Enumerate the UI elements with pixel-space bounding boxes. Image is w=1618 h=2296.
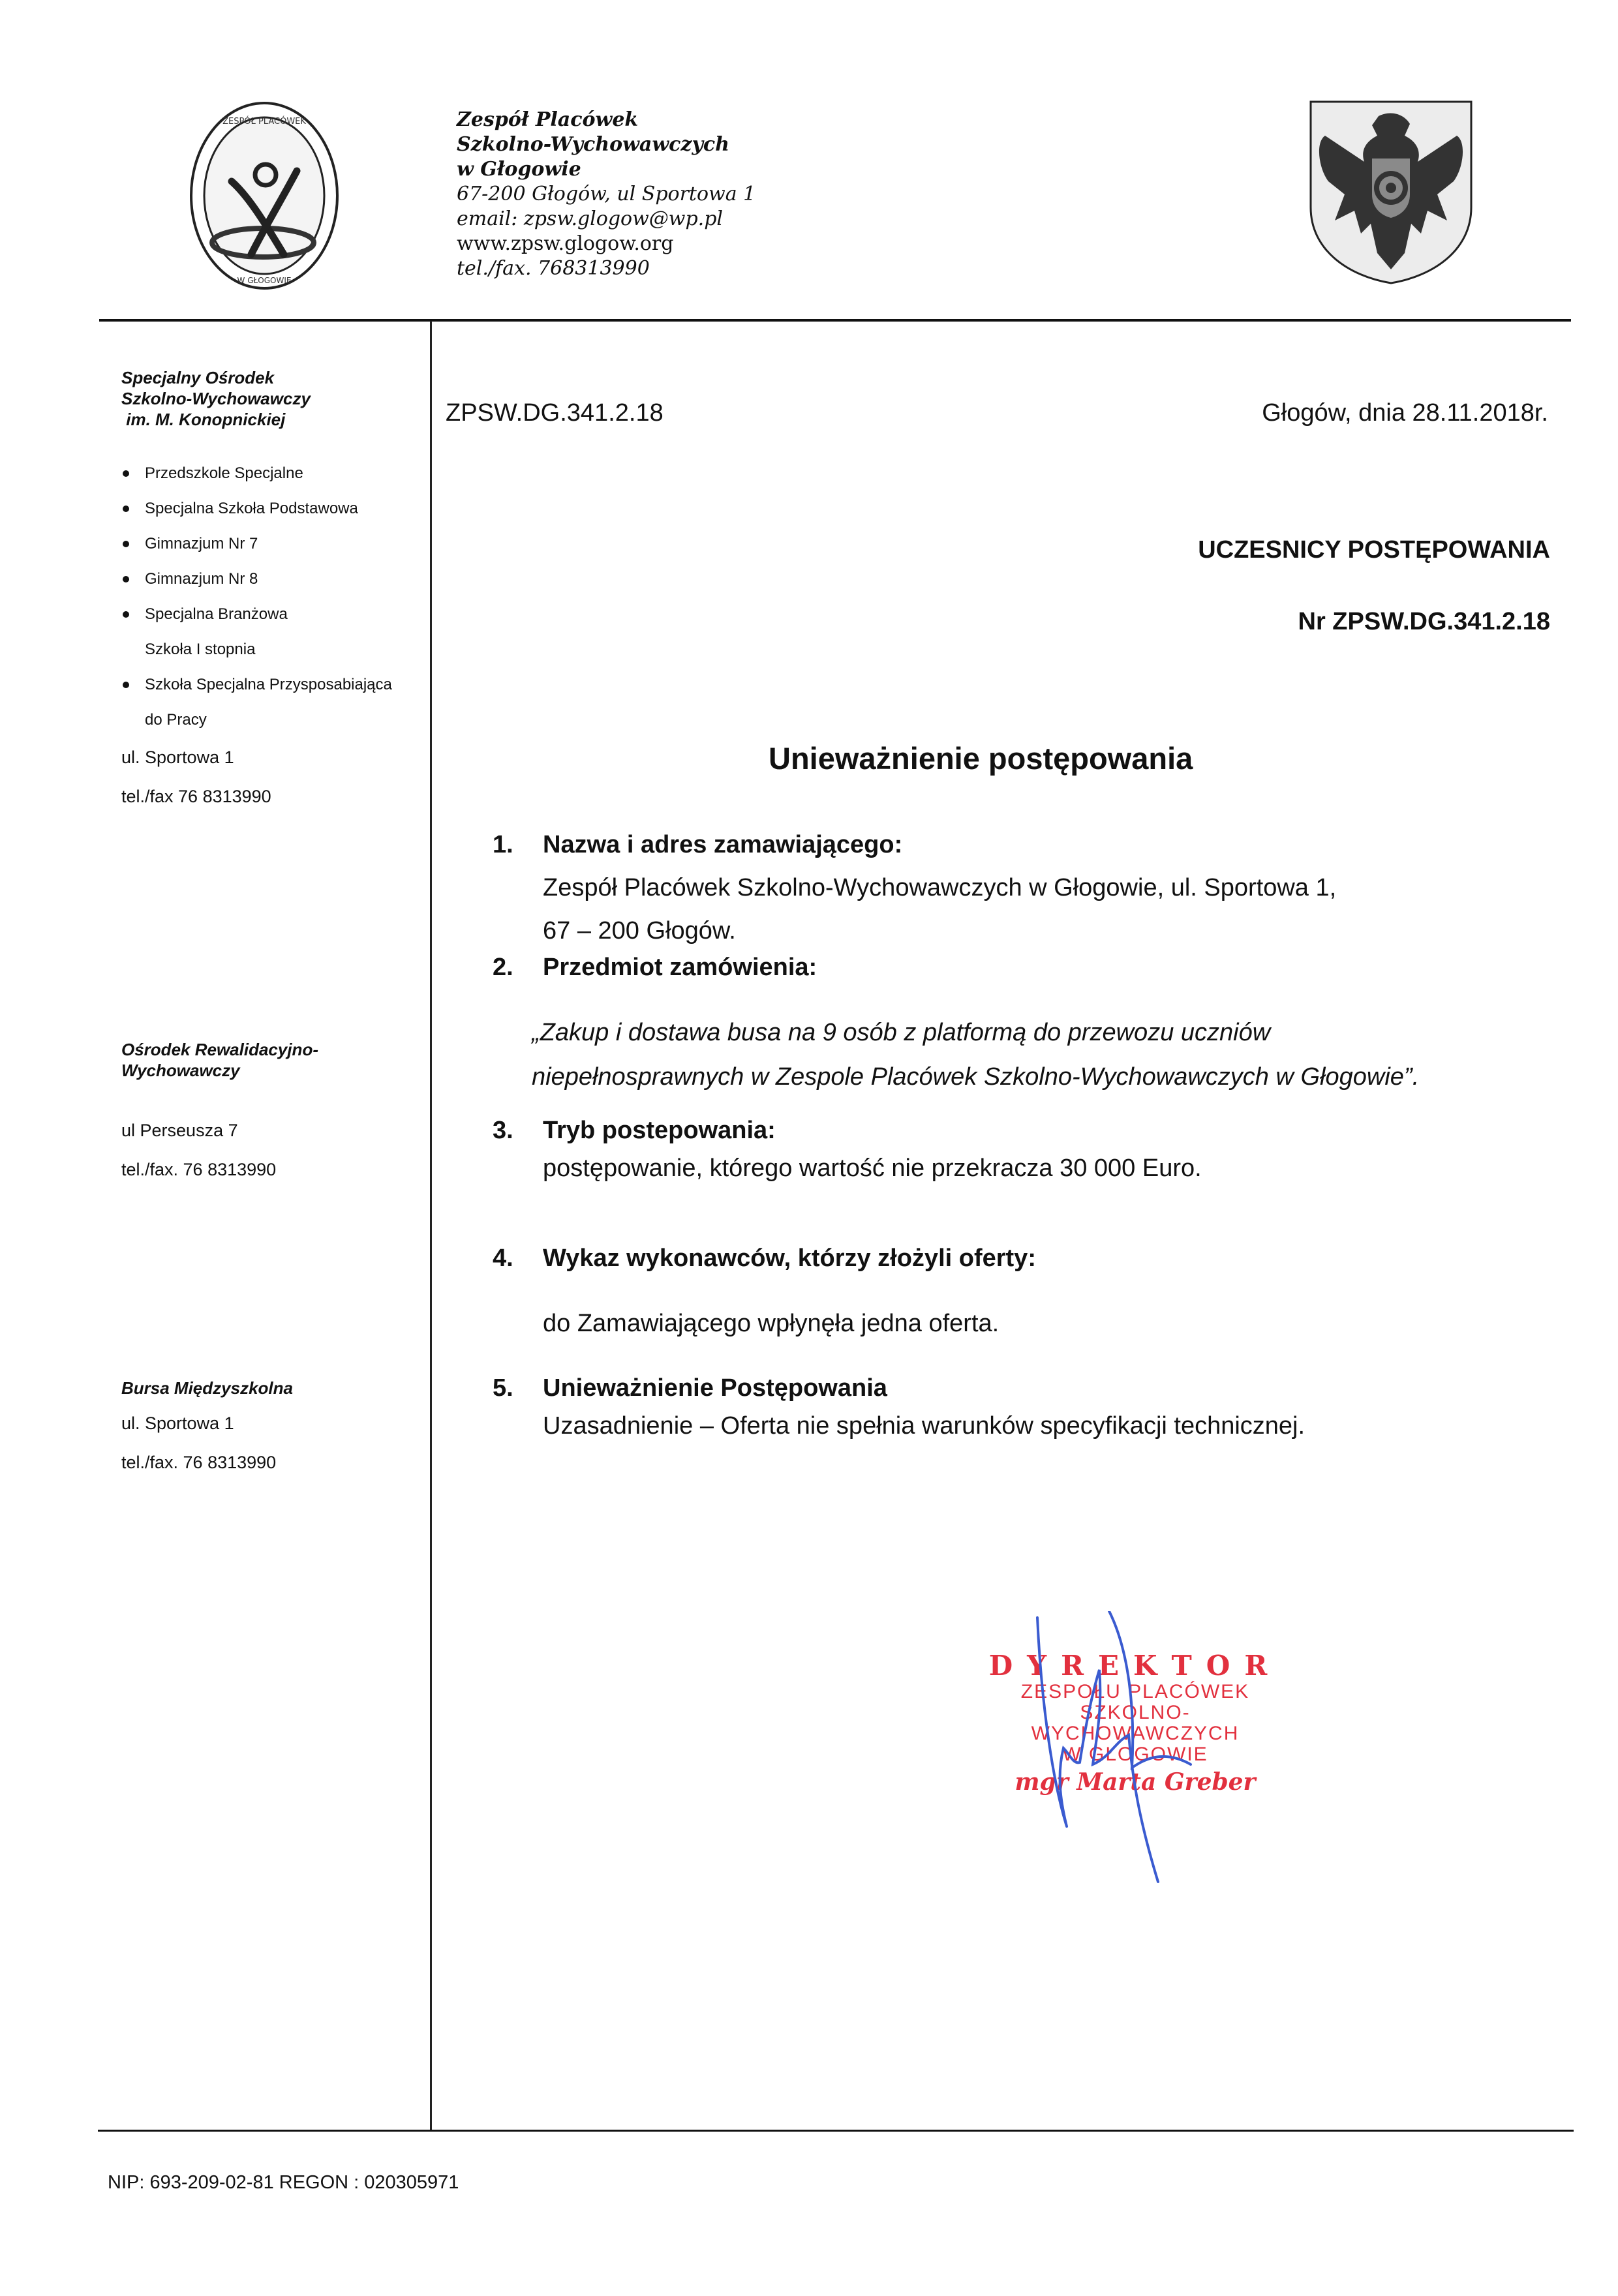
list-item: Przedszkole Specjalne [121,456,392,491]
sidebar-unit-dormitory: Bursa Międzyszkolna ul. Sportowa 1 tel./… [121,1378,293,1482]
recipient: UCZESNICY POSTĘPOWANIA [1198,534,1550,566]
section-number: 1. [493,828,513,861]
bullet-icon [123,506,129,512]
unit-title: Bursa Międzyszkolna [121,1378,293,1398]
section-number: 2. [493,951,513,984]
sidebar-unit-rehab-center: Ośrodek Rewalidacyjno- Wychowawczy ul Pe… [121,1039,318,1189]
svg-text:W GŁOGOWIE: W GŁOGOWIE [237,276,292,285]
unit-title-line: Specjalny Ośrodek [121,367,392,388]
sidebar-divider [430,321,432,2130]
svg-text:ZESPÓŁ PLACÓWEK: ZESPÓŁ PLACÓWEK [222,116,306,127]
list-item: Specjalna Szkoła Podstawowa [121,491,392,526]
school-emblem-icon: ZESPÓŁ PLACÓWEK W GŁOGOWIE [186,98,343,294]
tax-ids: NIP: 693-209-02-81 REGON : 020305971 [108,2172,459,2194]
order-subject-quote: niepełnosprawnych w Zespole Placówek Szk… [532,1061,1419,1093]
org-address: 67-200 Głogów, ul Sportowa 1 [457,182,756,207]
bullet-icon [123,541,129,547]
section-heading: Nazwa i adres zamawiającego: [543,828,902,861]
org-name-line: w Głogowie [457,157,756,182]
list-item: Gimnazjum Nr 8 [121,562,392,597]
place-date: Głogów, dnia 28.11.2018r. [1262,397,1548,429]
unit-phone: tel./fax 76 8313990 [121,777,392,816]
unit-title-line: Ośrodek Rewalidacyjno- [121,1039,318,1060]
list-item: Szkoła Specjalna Przysposabiająca [121,667,392,702]
section-heading: Przedmiot zamówienia: [543,951,817,984]
document-title: Unieważnienie postępowania [769,740,1193,776]
footer-divider [98,2130,1574,2132]
section-heading: Tryb postepowania: [543,1114,776,1147]
reference-number: ZPSW.DG.341.2.18 [446,397,664,429]
sidebar-unit-special-center: Specjalny Ośrodek Szkolno-Wychowawczy im… [121,367,392,816]
list-item-continuation: Szkoła I stopnia [121,632,392,667]
header-divider [99,319,1571,322]
section-text: Zespół Placówek Szkolno-Wychowawczych w … [543,871,1336,904]
organization-header: Zespół Placówek Szkolno-Wychowawczych w … [457,108,756,281]
section-text: 67 – 200 Głogów. [543,914,736,947]
list-item: Gimnazjum Nr 7 [121,526,392,562]
org-website: www.zpsw.glogow.org [457,232,756,256]
org-phone: tel./fax. 768313990 [457,256,756,281]
list-item-continuation: do Pracy [121,702,392,738]
unit-title-line: im. M. Konopnickiej [121,409,392,430]
bullet-icon [123,611,129,618]
section-text: Uzasadnienie – Oferta nie spełnia warunk… [543,1410,1305,1442]
handwritten-signature-icon [1018,1611,1213,1885]
order-subject-quote: „Zakup i dostawa busa na 9 osób z platfo… [532,1016,1270,1049]
section-text: do Zamawiającego wpłynęła jedna oferta. [543,1307,999,1340]
bullet-icon [123,470,129,477]
org-name-line: Zespół Placówek [457,108,756,132]
bullet-icon [123,682,129,688]
unit-title-line: Wychowawczy [121,1060,318,1081]
unit-phone: tel./fax. 76 8313990 [121,1150,318,1189]
org-name-line: Szkolno-Wychowawczych [457,132,756,157]
unit-address: ul Perseusza 7 [121,1111,318,1150]
unit-phone: tel./fax. 76 8313990 [121,1443,293,1482]
unit-address: ul. Sportowa 1 [121,738,392,777]
bullet-icon [123,576,129,582]
section-number: 3. [493,1114,513,1147]
list-item: Specjalna Branżowa [121,597,392,632]
recipient-number: Nr ZPSW.DG.341.2.18 [1298,605,1551,638]
section-number: 4. [493,1242,513,1275]
unit-title-line: Szkolno-Wychowawczy [121,388,392,409]
section-heading: Wykaz wykonawców, którzy złożyli oferty: [543,1242,1036,1275]
section-text: postępowanie, którego wartość nie przekr… [543,1152,1202,1185]
section-number: 5. [493,1372,513,1404]
school-list: Przedszkole Specjalne Specjalna Szkoła P… [121,456,392,738]
org-email: email: zpsw.glogow@wp.pl [457,207,756,232]
section-heading: Unieważnienie Postępowania [543,1372,887,1404]
eagle-coat-of-arms-icon [1307,97,1475,286]
unit-address: ul. Sportowa 1 [121,1404,293,1443]
